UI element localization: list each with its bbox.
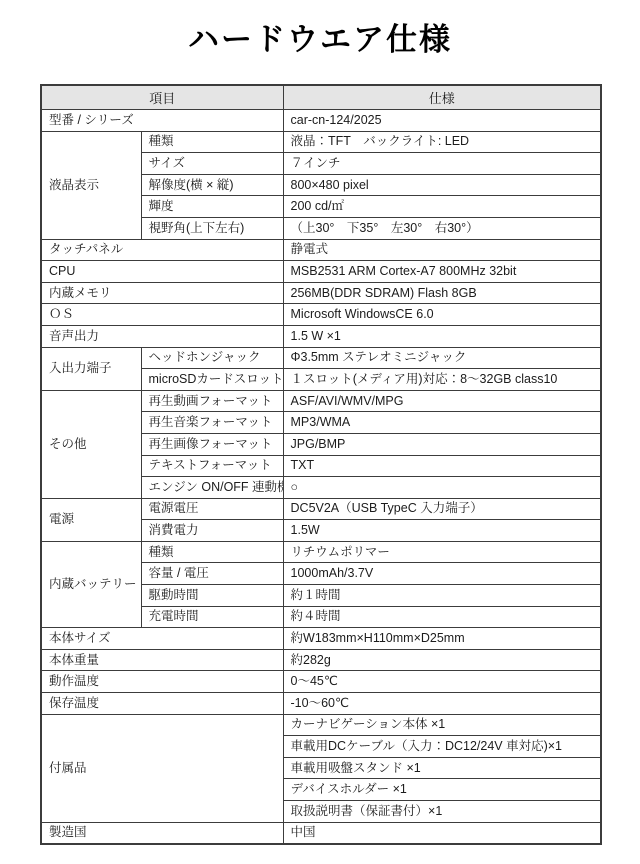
item-label-cell: CPU bbox=[41, 261, 283, 283]
sub-item-label-cell: 解像度(横 × 縦) bbox=[141, 174, 283, 196]
sub-item-label-cell: 再生画像フォーマット bbox=[141, 433, 283, 455]
spec-value-cell: car-cn-124/2025 bbox=[283, 110, 601, 132]
item-label-cell: 保存温度 bbox=[41, 693, 283, 715]
sub-item-label-cell: 視野角(上下左右) bbox=[141, 217, 283, 239]
item-label-cell: その他 bbox=[41, 390, 141, 498]
column-header-spec: 仕様 bbox=[283, 85, 601, 110]
sub-item-label-cell: 輝度 bbox=[141, 196, 283, 218]
spec-value-cell: MP3/WMA bbox=[283, 412, 601, 434]
item-label-cell: 本体重量 bbox=[41, 649, 283, 671]
sub-item-label-cell: 充電時間 bbox=[141, 606, 283, 628]
item-label-cell: 付属品 bbox=[41, 714, 283, 822]
spec-value-cell: ７インチ bbox=[283, 153, 601, 175]
spec-value-cell: 1.5W bbox=[283, 520, 601, 542]
spec-value-cell: （上30° 下35° 左30° 右30°） bbox=[283, 217, 601, 239]
item-label-cell: 内蔵メモリ bbox=[41, 282, 283, 304]
spec-value-cell: 約282g bbox=[283, 649, 601, 671]
spec-value-cell: 1.5 W ×1 bbox=[283, 325, 601, 347]
spec-value-cell: 256MB(DDR SDRAM) Flash 8GB bbox=[283, 282, 601, 304]
spec-value-cell: ASF/AVI/WMV/MPG bbox=[283, 390, 601, 412]
spec-value-cell: 約４時間 bbox=[283, 606, 601, 628]
item-label-cell: 音声出力 bbox=[41, 325, 283, 347]
table-row: 入出力端子ヘッドホンジャックΦ3.5mm ステレオミニジャック bbox=[41, 347, 601, 369]
sub-item-label-cell: 電源電圧 bbox=[141, 498, 283, 520]
spec-value-cell: 200 cd/㎡ bbox=[283, 196, 601, 218]
sub-item-label-cell: 種類 bbox=[141, 541, 283, 563]
table-row: 内蔵バッテリー種類リチウムポリマー bbox=[41, 541, 601, 563]
table-row: 保存温度-10～60℃ bbox=[41, 693, 601, 715]
item-label-cell: タッチパネル bbox=[41, 239, 283, 261]
spec-value-cell: Φ3.5mm ステレオミニジャック bbox=[283, 347, 601, 369]
sub-item-label-cell: 消費電力 bbox=[141, 520, 283, 542]
table-row: 液晶表示種類液晶：TFT バックライト: LED bbox=[41, 131, 601, 153]
spec-value-cell: 取扱説明書（保証書付）×1 bbox=[283, 801, 601, 823]
column-header-item: 項目 bbox=[41, 85, 283, 110]
spec-value-cell: カーナビゲーション本体 ×1 bbox=[283, 714, 601, 736]
spec-value-cell: 中国 bbox=[283, 822, 601, 844]
spec-value-cell: 約W183mm×H110mm×D25mm bbox=[283, 628, 601, 650]
item-label-cell: 動作温度 bbox=[41, 671, 283, 693]
table-row: 本体重量約282g bbox=[41, 649, 601, 671]
table-row: ＯＳMicrosoft WindowsCE 6.0 bbox=[41, 304, 601, 326]
spec-value-cell: 0～45℃ bbox=[283, 671, 601, 693]
spec-value-cell: Microsoft WindowsCE 6.0 bbox=[283, 304, 601, 326]
spec-value-cell: １スロット(メディア用)対応：8～32GB class10 bbox=[283, 369, 601, 391]
table-row: タッチパネル静電式 bbox=[41, 239, 601, 261]
spec-value-cell: JPG/BMP bbox=[283, 433, 601, 455]
table-row: 音声出力1.5 W ×1 bbox=[41, 325, 601, 347]
table-header-row: 項目 仕様 bbox=[41, 85, 601, 110]
table-row: CPUMSB2531 ARM Cortex-A7 800MHz 32bit bbox=[41, 261, 601, 283]
sub-item-label-cell: ヘッドホンジャック bbox=[141, 347, 283, 369]
page-title: ハードウエア仕様 bbox=[0, 0, 640, 59]
sub-item-label-cell: エンジン ON/OFF 連動機能 bbox=[141, 477, 283, 499]
spec-value-cell: TXT bbox=[283, 455, 601, 477]
spec-value-cell: ○ bbox=[283, 477, 601, 499]
table-row: 動作温度0～45℃ bbox=[41, 671, 601, 693]
table-row: 内蔵メモリ256MB(DDR SDRAM) Flash 8GB bbox=[41, 282, 601, 304]
spec-value-cell: 静電式 bbox=[283, 239, 601, 261]
sub-item-label-cell: microSDカードスロット bbox=[141, 369, 283, 391]
hardware-spec-table: 項目 仕様 型番 / シリーズcar-cn-124/2025液晶表示種類液晶：T… bbox=[40, 84, 602, 845]
sub-item-label-cell: 再生音楽フォーマット bbox=[141, 412, 283, 434]
item-label-cell: 入出力端子 bbox=[41, 347, 141, 390]
spec-value-cell: 液晶：TFT バックライト: LED bbox=[283, 131, 601, 153]
spec-value-cell: 約１時間 bbox=[283, 585, 601, 607]
table-row: 型番 / シリーズcar-cn-124/2025 bbox=[41, 110, 601, 132]
item-label-cell: 電源 bbox=[41, 498, 141, 541]
sub-item-label-cell: 容量 / 電圧 bbox=[141, 563, 283, 585]
spec-value-cell: MSB2531 ARM Cortex-A7 800MHz 32bit bbox=[283, 261, 601, 283]
spec-value-cell: DC5V2A（USB TypeC 入力端子） bbox=[283, 498, 601, 520]
sub-item-label-cell: 再生動画フォーマット bbox=[141, 390, 283, 412]
spec-value-cell: 800×480 pixel bbox=[283, 174, 601, 196]
table-row: 製造国中国 bbox=[41, 822, 601, 844]
spec-value-cell: 1000mAh/3.7V bbox=[283, 563, 601, 585]
spec-value-cell: デバイスホルダー ×1 bbox=[283, 779, 601, 801]
item-label-cell: 本体サイズ bbox=[41, 628, 283, 650]
spec-value-cell: リチウムポリマー bbox=[283, 541, 601, 563]
sub-item-label-cell: 駆動時間 bbox=[141, 585, 283, 607]
item-label-cell: 内蔵バッテリー bbox=[41, 541, 141, 627]
sub-item-label-cell: サイズ bbox=[141, 153, 283, 175]
item-label-cell: 製造国 bbox=[41, 822, 283, 844]
spec-value-cell: 車載用DCケーブル（入力：DC12/24V 車対応)×1 bbox=[283, 736, 601, 758]
item-label-cell: ＯＳ bbox=[41, 304, 283, 326]
spec-table-body: 型番 / シリーズcar-cn-124/2025液晶表示種類液晶：TFT バック… bbox=[41, 110, 601, 845]
sub-item-label-cell: 種類 bbox=[141, 131, 283, 153]
table-row: 付属品カーナビゲーション本体 ×1 bbox=[41, 714, 601, 736]
sub-item-label-cell: テキストフォーマット bbox=[141, 455, 283, 477]
table-row: その他再生動画フォーマットASF/AVI/WMV/MPG bbox=[41, 390, 601, 412]
item-label-cell: 液晶表示 bbox=[41, 131, 141, 239]
spec-value-cell: -10～60℃ bbox=[283, 693, 601, 715]
table-row: 本体サイズ約W183mm×H110mm×D25mm bbox=[41, 628, 601, 650]
table-row: 電源電源電圧DC5V2A（USB TypeC 入力端子） bbox=[41, 498, 601, 520]
item-label-cell: 型番 / シリーズ bbox=[41, 110, 283, 132]
spec-value-cell: 車載用吸盤スタンド ×1 bbox=[283, 757, 601, 779]
